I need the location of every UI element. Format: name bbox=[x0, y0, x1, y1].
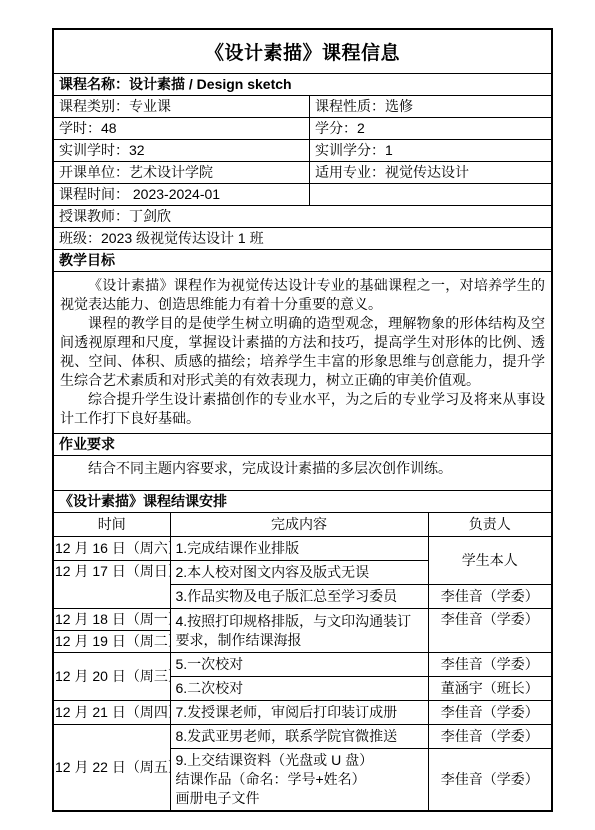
practical-credits-cell: 实训学分：1 bbox=[310, 140, 552, 162]
credit-hours-cell: 学时：48 bbox=[54, 118, 310, 140]
task-cell: 4.按照打印规格排版，与文印沟通装订要求，制作结课海报 bbox=[170, 609, 428, 653]
task-cell: 2.本人校对图文内容及版式无误 bbox=[170, 561, 428, 585]
table-row: 学时：48 学分：2 bbox=[54, 118, 551, 140]
owner-cell: 李佳音（学委） bbox=[428, 609, 551, 653]
owner-cell: 李佳音（学委） bbox=[428, 749, 551, 811]
table-row: 12 月 21 日（周四） 7.发授课老师，审阅后打印装订成册 李佳音（学委） bbox=[54, 701, 551, 725]
homework-heading: 作业要求 bbox=[54, 433, 551, 455]
table-row: 12 月 20 日（周三） 5.一次校对 李佳音（学委） bbox=[54, 653, 551, 677]
task-cell: 5.一次校对 bbox=[170, 653, 428, 677]
table-row: 课程类别：专业课 课程性质：选修 bbox=[54, 96, 551, 118]
empty-cell bbox=[310, 184, 552, 206]
teaching-goal-paragraph: 《设计素描》课程作为视觉传达设计专业的基础课程之一，对培养学生的视觉表达能力、创… bbox=[60, 276, 545, 314]
homework-paragraph: 结合不同主题内容要求，完成设计素描的多层次创作训练。 bbox=[60, 459, 545, 478]
task-cell: 9.上交结课资料（光盘或 U 盘） 结课作品（命名：学号+姓名） 画册电子文件 bbox=[170, 749, 428, 811]
schedule-heading: 《设计素描》课程结课安排 bbox=[54, 490, 551, 512]
table-row: 开课单位：艺术设计学院 适用专业：视觉传达设计 bbox=[54, 162, 551, 184]
document-title: 《设计素描》课程信息 bbox=[54, 30, 551, 73]
date-cell: 12 月 21 日（周四） bbox=[54, 701, 170, 725]
teaching-goal-paragraph: 课程的教学目的是使学生树立明确的造型观念，理解物象的形体结构及空间透视原理和尺度… bbox=[60, 314, 545, 390]
task-cell: 8.发武亚男老师，联系学院官微推送 bbox=[170, 725, 428, 749]
date-cell: 12 月 20 日（周三） bbox=[54, 653, 170, 701]
owner-cell: 李佳音（学委） bbox=[428, 653, 551, 677]
schedule-header-row: 时间 完成内容 负责人 bbox=[54, 513, 551, 537]
practical-hours-cell: 实训学时：32 bbox=[54, 140, 310, 162]
table-row: 实训学时：32 实训学分：1 bbox=[54, 140, 551, 162]
offering-unit-cell: 开课单位：艺术设计学院 bbox=[54, 162, 310, 184]
page: { "document": { "title": "《设计素描》课程信息", "… bbox=[0, 0, 595, 830]
owner-cell: 学生本人 bbox=[428, 537, 551, 585]
task-cell: 3.作品实物及电子版汇总至学习委员 bbox=[170, 585, 428, 609]
course-info-document: 《设计素描》课程信息 课程名称：设计素描 / Design sketch 课程类… bbox=[52, 28, 553, 812]
owner-cell: 李佳音（学委） bbox=[428, 585, 551, 609]
date-cell: 12 月 22 日（周五） bbox=[54, 725, 170, 811]
course-category-cell: 课程类别：专业课 bbox=[54, 96, 310, 118]
date-cell: 12 月 17 日（周日） bbox=[54, 561, 170, 609]
schedule-table: 时间 完成内容 负责人 12 月 16 日（周六） 1.完成结课作业排版 学生本… bbox=[54, 512, 551, 810]
table-row: 12 月 16 日（周六） 1.完成结课作业排版 学生本人 bbox=[54, 537, 551, 561]
teaching-goal-paragraph: 综合提升学生设计素描创作的专业水平，为之后的专业学习及将来从事设计工作打下良好基… bbox=[60, 390, 545, 428]
column-header-owner: 负责人 bbox=[428, 513, 551, 537]
table-row: 12 月 22 日（周五） 8.发武亚男老师，联系学院官微推送 李佳音（学委） bbox=[54, 725, 551, 749]
homework-body: 结合不同主题内容要求，完成设计素描的多层次创作训练。 bbox=[54, 455, 551, 490]
class-row: 班级：2023 级视觉传达设计 1 班 bbox=[54, 227, 551, 249]
teacher-row: 授课教师：丁剑欣 bbox=[54, 205, 551, 227]
owner-cell: 李佳音（学委） bbox=[428, 701, 551, 725]
column-header-content: 完成内容 bbox=[170, 513, 428, 537]
date-cell: 12 月 19 日（周二） bbox=[54, 631, 170, 653]
course-attributes-table: 课程类别：专业课 课程性质：选修 学时：48 学分：2 实训学时：32 实训学分… bbox=[54, 95, 551, 205]
date-cell: 12 月 16 日（周六） bbox=[54, 537, 170, 561]
table-row: 课程时间： 2023-2024-01 bbox=[54, 184, 551, 206]
table-row: 12 月 18 日（周一） 4.按照打印规格排版，与文印沟通装订要求，制作结课海… bbox=[54, 609, 551, 631]
date-cell: 12 月 18 日（周一） bbox=[54, 609, 170, 631]
owner-cell: 董涵宇（班长） bbox=[428, 677, 551, 701]
task-cell: 7.发授课老师，审阅后打印装订成册 bbox=[170, 701, 428, 725]
teaching-goal-heading: 教学目标 bbox=[54, 249, 551, 271]
course-name-row: 课程名称：设计素描 / Design sketch bbox=[54, 73, 551, 95]
owner-cell: 李佳音（学委） bbox=[428, 725, 551, 749]
task-cell: 1.完成结课作业排版 bbox=[170, 537, 428, 561]
teaching-goal-body: 《设计素描》课程作为视觉传达设计专业的基础课程之一，对培养学生的视觉表达能力、创… bbox=[54, 271, 551, 433]
applicable-major-cell: 适用专业：视觉传达设计 bbox=[310, 162, 552, 184]
task-cell: 6.二次校对 bbox=[170, 677, 428, 701]
course-time-cell: 课程时间： 2023-2024-01 bbox=[54, 184, 310, 206]
credits-cell: 学分：2 bbox=[310, 118, 552, 140]
column-header-time: 时间 bbox=[54, 513, 170, 537]
course-nature-cell: 课程性质：选修 bbox=[310, 96, 552, 118]
